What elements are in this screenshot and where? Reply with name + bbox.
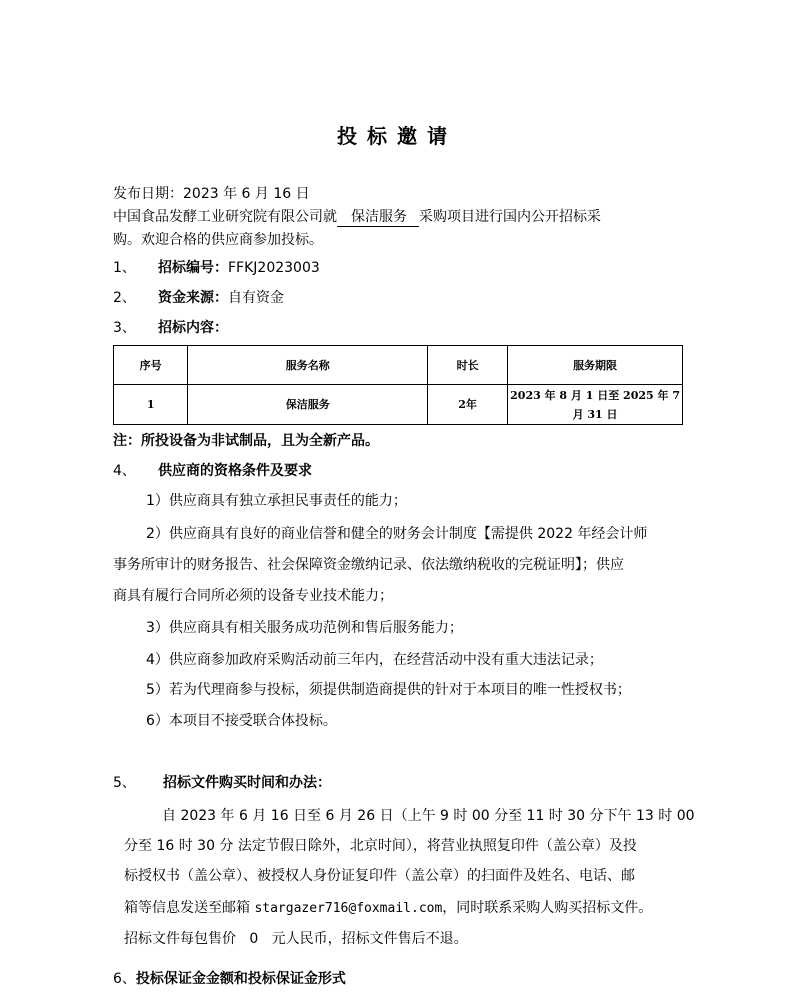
section-number: 5、: [113, 773, 163, 793]
period-line-1: 2023 年 8 月 1 日至 2025 年 7: [510, 386, 680, 405]
section-heading: 供应商的资格条件及要求: [158, 463, 312, 479]
section-number: 1、: [113, 258, 158, 278]
cell-duration: 2年: [428, 385, 508, 425]
header-service-period: 服务期限: [508, 346, 683, 385]
section-label: 招标内容：: [158, 320, 228, 336]
requirement-2-line-1: 2）供应商具有良好的商业信誉和健全的财务会计制度【需提供 2022 年经会计师: [146, 524, 647, 544]
section-label: 资金来源：: [158, 290, 228, 306]
requirement-5: 5）若为代理商参与投标，须提供制造商提供的针对于本项目的唯一性授权书；: [146, 680, 631, 700]
bid-number: FFKJ2023003: [228, 260, 320, 276]
section-label: 招标编号：: [158, 260, 228, 276]
table-header-row: 序号 服务名称 时长 服务期限: [114, 346, 683, 385]
project-name: 保洁服务: [337, 209, 419, 227]
requirement-2-line-3: 商具有履行合同所必须的设备专业技术能力；: [113, 586, 393, 606]
table-note: 注：所投设备为非试制品，且为全新产品。: [113, 431, 379, 451]
contact-email: stargazer716@foxmail.com: [254, 901, 442, 916]
section-2: 2、资金来源：自有资金: [113, 288, 284, 308]
purchase-line-3: 标授权书（盖公章）、被授权人身份证复印件（盖公章）的扫面件及姓名、电话、邮: [124, 866, 635, 886]
cell-service-name: 保洁服务: [188, 385, 428, 425]
section-6-heading: 6、投标保证金金额和投标保证金形式: [113, 969, 346, 989]
section-1: 1、招标编号：FFKJ2023003: [113, 258, 320, 278]
section-number: 2、: [113, 288, 158, 308]
period-line-2: 月 31 日: [510, 405, 680, 424]
cell-index: 1: [114, 385, 188, 425]
requirement-3: 3）供应商具有相关服务成功范例和售后服务能力；: [146, 618, 463, 638]
document-page: 投标邀请 发布日期：2023 年 6 月 16 日 中国食品发酵工业研究院有限公…: [0, 0, 794, 996]
email-prefix: 箱等信息发送至邮箱: [124, 900, 254, 916]
publish-date: 发布日期：2023 年 6 月 16 日: [113, 184, 310, 204]
section-heading: 招标文件购买时间和办法：: [163, 775, 331, 791]
requirement-1: 1）供应商具有独立承担民事责任的能力；: [146, 491, 407, 511]
section-number: 3、: [113, 318, 158, 338]
header-service-name: 服务名称: [188, 346, 428, 385]
purchase-line-4: 箱等信息发送至邮箱 stargazer716@foxmail.com，同时联系采…: [124, 898, 652, 919]
requirement-4: 4）供应商参加政府采购活动前三年内，在经营活动中没有重大违法记录；: [146, 650, 603, 670]
section-3: 3、招标内容：: [113, 318, 228, 338]
intro-line-2: 购。欢迎合格的供应商参加投标。: [113, 230, 323, 250]
funding-source: 自有资金: [228, 290, 284, 306]
email-suffix: ，同时联系采购人购买招标文件。: [442, 900, 652, 916]
cell-service-period: 2023 年 8 月 1 日至 2025 年 7 月 31 日: [508, 385, 683, 425]
intro-prefix: 中国食品发酵工业研究院有限公司就: [113, 209, 337, 225]
bid-content-table: 序号 服务名称 时长 服务期限 1 保洁服务 2年 2023 年 8 月 1 日…: [113, 345, 683, 425]
section-number: 4、: [113, 461, 158, 481]
section-heading: 投标保证金金额和投标保证金形式: [136, 971, 346, 987]
section-4-heading: 4、供应商的资格条件及要求: [113, 461, 312, 481]
section-5-heading: 5、招标文件购买时间和办法：: [113, 773, 331, 793]
section-number: 6、: [113, 971, 136, 987]
requirement-6: 6）本项目不接受联合体投标。: [146, 711, 337, 731]
header-duration: 时长: [428, 346, 508, 385]
intro-line-1: 中国食品发酵工业研究院有限公司就保洁服务采购项目进行国内公开招标采: [113, 207, 601, 227]
intro-suffix: 采购项目进行国内公开招标采: [419, 209, 601, 225]
table-row: 1 保洁服务 2年 2023 年 8 月 1 日至 2025 年 7 月 31 …: [114, 385, 683, 425]
requirement-2-line-2: 事务所审计的财务报告、社会保障资金缴纳记录、依法缴纳税收的完税证明】；供应: [113, 555, 624, 575]
header-index: 序号: [114, 346, 188, 385]
purchase-price-line: 招标文件每包售价 0 元人民币，招标文件售后不退。: [124, 929, 468, 949]
purchase-line-2: 分至 16 时 30 分 法定节假日除外，北京时间），将营业执照复印件（盖公章）…: [124, 836, 637, 856]
document-title: 投标邀请: [0, 120, 794, 149]
purchase-line-1: 自 2023 年 6 月 16 日至 6 月 26 日（上午 9 时 00 分至…: [162, 806, 695, 826]
